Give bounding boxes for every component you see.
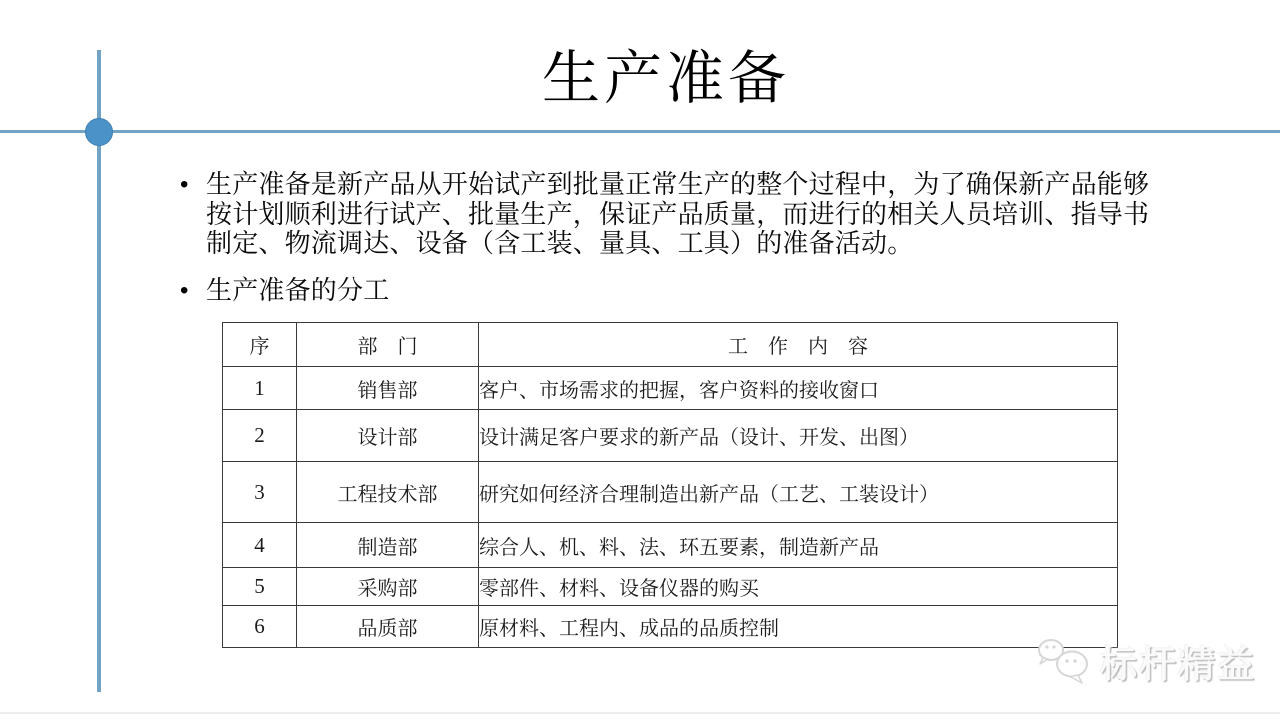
division-table: 序 部 门 工 作 内 容 1 销售部 客户、市场需求的把握，客户资料的接收窗口…	[222, 322, 1118, 648]
row-content: 设计满足客户要求的新产品（设计、开发、出图）	[479, 410, 1118, 462]
table-row: 5 采购部 零部件、材料、设备仪器的购买	[223, 568, 1118, 606]
table-row: 3 工程技术部 研究如何经济合理制造出新产品（工艺、工装设计）	[223, 462, 1118, 523]
bullet-paragraph-division: • 生产准备的分工	[180, 276, 1192, 306]
bullet-paragraph-intro: • 生产准备是新产品从开始试产到批量正常生产的整个过程中，为了确保新产品能够 按…	[180, 170, 1192, 259]
bullet-text: 生产准备是新产品从开始试产到批量正常生产的整个过程中，为了确保新产品能够 按计划…	[206, 170, 1149, 259]
slide-body: • 生产准备是新产品从开始试产到批量正常生产的整个过程中，为了确保新产品能够 按…	[180, 170, 1192, 322]
bullet-icon: •	[180, 276, 206, 306]
row-dept: 工程技术部	[297, 462, 479, 523]
header-cell-dept: 部 门	[297, 323, 479, 367]
row-no: 5	[223, 568, 297, 606]
row-no: 3	[223, 462, 297, 523]
bullet-icon: •	[180, 170, 206, 259]
presentation-slide: 生产准备 • 生产准备是新产品从开始试产到批量正常生产的整个过程中，为了确保新产…	[0, 0, 1280, 720]
row-no: 1	[223, 367, 297, 410]
row-content: 客户、市场需求的把握，客户资料的接收窗口	[479, 367, 1118, 410]
accent-horizontal-line	[0, 130, 1280, 133]
table-row: 1 销售部 客户、市场需求的把握，客户资料的接收窗口	[223, 367, 1118, 410]
watermark: 标杆精益	[1036, 634, 1256, 688]
table-row: 4 制造部 综合人、机、料、法、环五要素，制造新产品	[223, 523, 1118, 568]
division-table-wrapper: 序 部 门 工 作 内 容 1 销售部 客户、市场需求的把握，客户资料的接收窗口…	[222, 322, 1118, 648]
slide-bottom-edge	[0, 712, 1280, 714]
accent-vertical-line	[97, 50, 101, 692]
row-no: 4	[223, 523, 297, 568]
header-cell-content: 工 作 内 容	[479, 323, 1118, 367]
row-dept: 采购部	[297, 568, 479, 606]
row-dept: 销售部	[297, 367, 479, 410]
row-no: 6	[223, 606, 297, 648]
accent-circle	[85, 118, 113, 146]
bullet-text: 生产准备的分工	[206, 276, 389, 306]
row-dept: 设计部	[297, 410, 479, 462]
table-header-row: 序 部 门 工 作 内 容	[223, 323, 1118, 367]
bullet-line: 按计划顺利进行试产、批量生产，保证产品质量，而进行的相关人员培训、指导书	[206, 199, 1149, 229]
table-row: 2 设计部 设计满足客户要求的新产品（设计、开发、出图）	[223, 410, 1118, 462]
bullet-line: 生产准备是新产品从开始试产到批量正常生产的整个过程中，为了确保新产品能够	[206, 169, 1149, 199]
bullet-line: 制定、物流调达、设备（含工装、量具、工具）的准备活动。	[206, 228, 913, 258]
header-cell-no: 序	[223, 323, 297, 367]
row-content: 研究如何经济合理制造出新产品（工艺、工装设计）	[479, 462, 1118, 523]
row-content: 原材料、工程内、成品的品质控制	[479, 606, 1118, 648]
row-dept: 制造部	[297, 523, 479, 568]
watermark-label: 标杆精益	[1100, 634, 1256, 688]
row-no: 2	[223, 410, 297, 462]
row-content: 零部件、材料、设备仪器的购买	[479, 568, 1118, 606]
row-content: 综合人、机、料、法、环五要素，制造新产品	[479, 523, 1118, 568]
table-row: 6 品质部 原材料、工程内、成品的品质控制	[223, 606, 1118, 648]
slide-title: 生产准备	[0, 44, 1280, 114]
wechat-icon	[1036, 634, 1094, 688]
row-dept: 品质部	[297, 606, 479, 648]
